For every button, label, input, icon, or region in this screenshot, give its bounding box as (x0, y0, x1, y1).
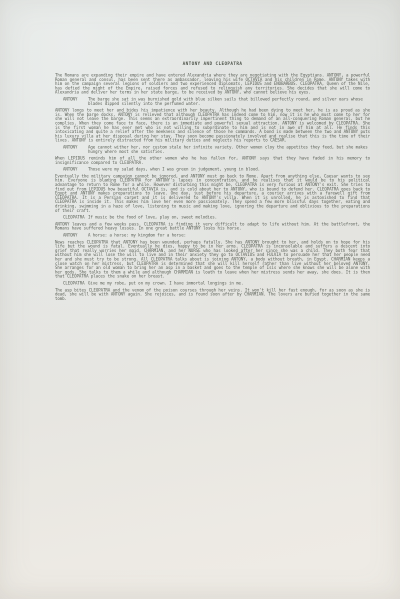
synopsis-body: The Romans are expanding their empire an… (55, 73, 370, 301)
paragraph: The asp bites CLEOPATRA and the venom of… (55, 288, 370, 301)
dialogue-text: A horse: a horse: my kingdom for a horse… (88, 233, 370, 237)
dialogue-block: CLEOPATRAIf music be the food of love, p… (55, 215, 370, 219)
paragraph: Eventually the military campaign cannot … (55, 174, 370, 213)
dialogue-block: ANTONYThe barge she sat in was burnished… (55, 97, 370, 106)
dialogue-text: Age cannot wither her, nor custom stale … (88, 145, 370, 154)
paragraph: When LEPIDUS reminds him of all the othe… (55, 156, 370, 165)
dialogue-speaker: ANTONY (63, 167, 88, 171)
page-text-column: ANTONY AND CLEOPATRA The Romans are expa… (55, 62, 370, 303)
dialogue-speaker: ANTONY (63, 145, 88, 154)
page-title: ANTONY AND CLEOPATRA (55, 62, 370, 67)
dialogue-block: ANTONYA horse: a horse: my kingdom for a… (55, 233, 370, 237)
paragraph: ANTONY leaves and a few weeks pass. CLEO… (55, 222, 370, 231)
dialogue-text: Give me my robe, put on my crown. I have… (88, 281, 370, 285)
paragraph: News reaches CLEOPATRA that ANTONY has b… (55, 240, 370, 279)
dialogue-speaker: ANTONY (63, 97, 88, 106)
dialogue-text: If music be the food of love, play on, s… (88, 215, 370, 219)
dialogue-text: The barge she sat in was burnished gold … (88, 97, 370, 106)
dialogue-block: CLEOPATRAGive me my robe, put on my crow… (55, 281, 370, 285)
dialogue-block: ANTONYAge cannot wither her, nor custom … (55, 145, 370, 154)
dialogue-speaker: ANTONY (63, 233, 88, 237)
dialogue-block: ANTONYThose were my salad days, when I w… (55, 167, 370, 171)
document-page: ANTONY AND CLEOPATRA The Romans are expa… (0, 0, 400, 599)
dialogue-speaker: CLEOPATRA (63, 281, 88, 285)
paragraph: ANTONY longs to meet her and bides his i… (55, 108, 370, 142)
dialogue-text: Those were my salad days, when I was gre… (88, 167, 370, 171)
paragraph: The Romans are expanding their empire an… (55, 73, 370, 94)
dialogue-speaker: CLEOPATRA (63, 215, 88, 219)
